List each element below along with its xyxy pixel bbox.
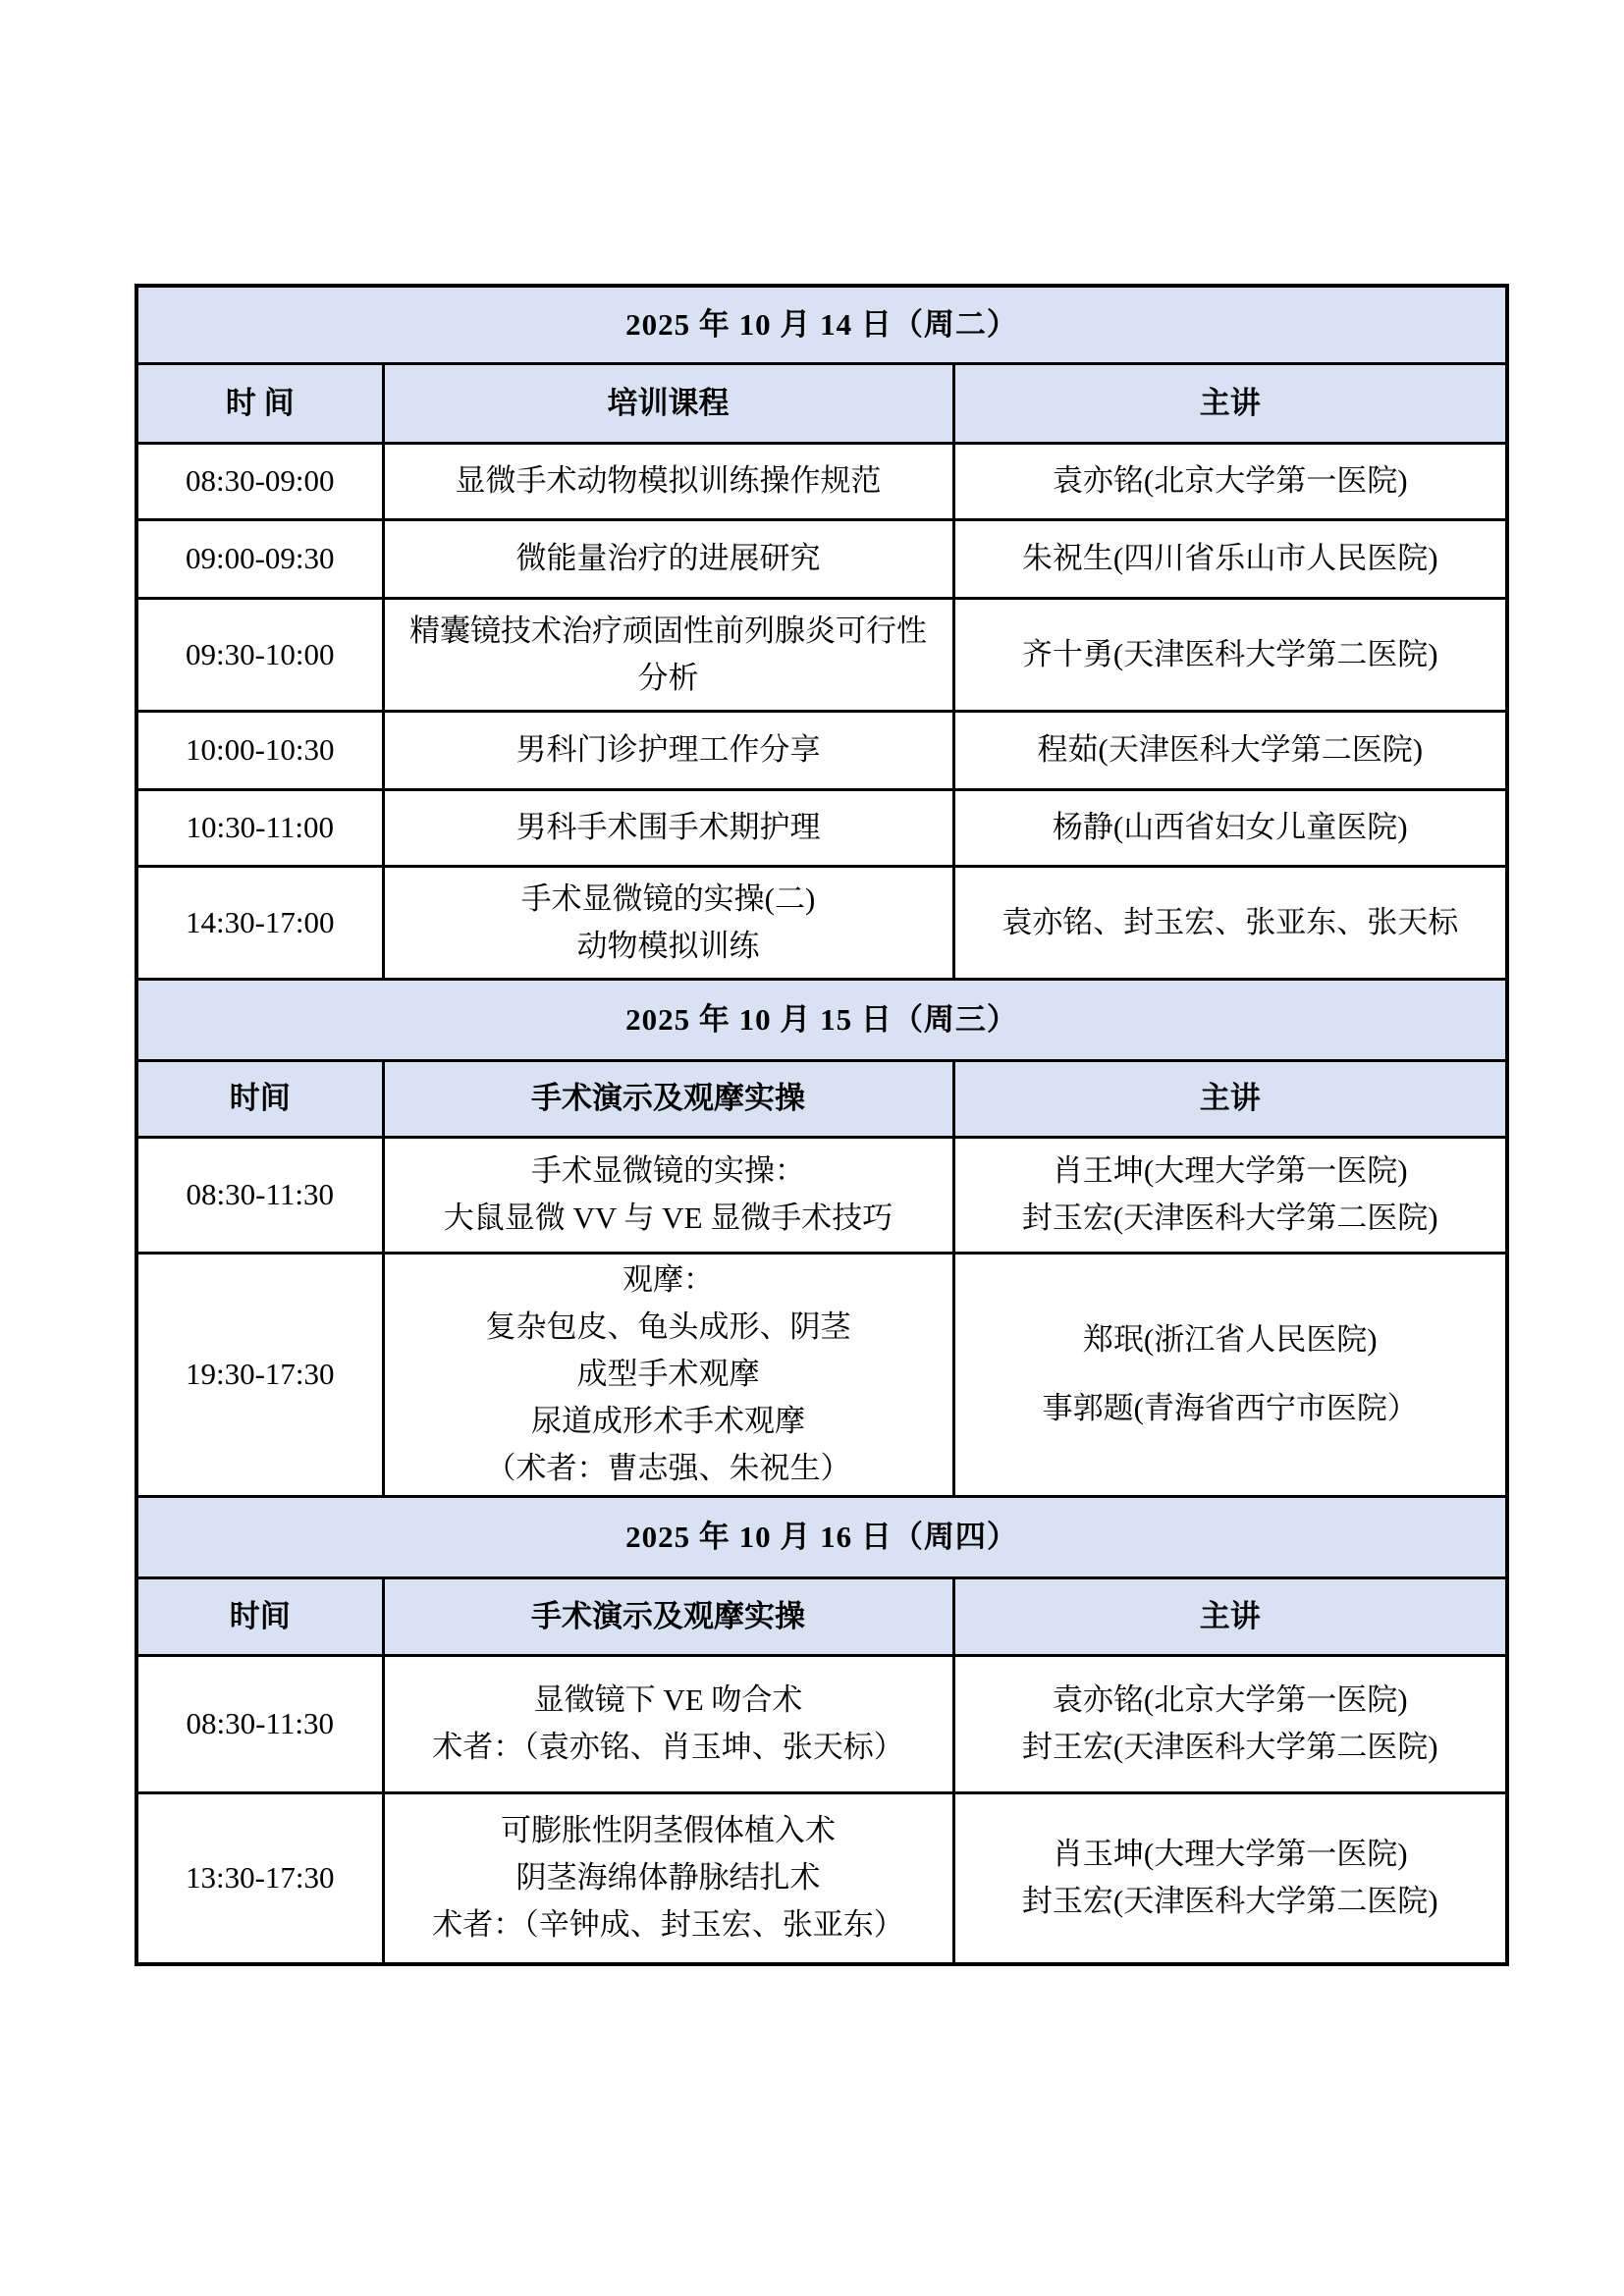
speaker-cell: 肖王坤(大理大学第一医院) 封玉宏(天津医科大学第二医院) [953, 1137, 1507, 1253]
speaker-cell: 朱祝生(四川省乐山市人民医院) [953, 519, 1507, 598]
speaker-line: 杨静(山西省妇女儿童医院) [961, 804, 1500, 851]
time-cell: 13:30-17:30 [136, 1792, 383, 1964]
course-line: 分析 [391, 655, 947, 702]
course-cell: 精囊镜技术治疗顽固性前列腺炎可行性 分析 [383, 598, 953, 711]
schedule-table: 2025 年 10 月 14 日（周二） 时 间 培训课程 主讲 08:30-0… [135, 284, 1509, 1966]
speaker-line: 袁亦铭(北京大学第一医院) [961, 457, 1500, 505]
course-line: 手术显微镜的实操(二) [391, 876, 947, 923]
speaker-line: 朱祝生(四川省乐山市人民医院) [961, 535, 1500, 582]
column-header-time: 时间 [136, 1060, 383, 1137]
table-row: 13:30-17:30 可膨胀性阴茎假体植入术 阴茎海绵体静脉结扎术 术者：（辛… [136, 1792, 1507, 1964]
course-cell: 手术显微镜的实操： 大鼠显微 VV 与 VE 显微手术技巧 [383, 1137, 953, 1253]
date-header-day1: 2025 年 10 月 14 日（周二） [136, 286, 1507, 363]
speaker-line: 肖王坤(大理大学第一医院) [961, 1148, 1500, 1195]
time-cell: 14:30-17:00 [136, 866, 383, 979]
course-line: 术者：（辛钟成、封玉宏、张亚东） [391, 1901, 947, 1949]
speaker-cell: 袁亦铭、封玉宏、张亚东、张天标 [953, 866, 1507, 979]
course-line: 观摩： [391, 1256, 947, 1304]
time-cell: 10:30-11:00 [136, 789, 383, 866]
table-row: 10:00-10:30 男科门诊护理工作分享 程茹(天津医科大学第二医院) [136, 711, 1507, 789]
course-cell: 手术显微镜的实操(二) 动物模拟训练 [383, 866, 953, 979]
course-line: 大鼠显微 VV 与 VE 显微手术技巧 [391, 1195, 947, 1242]
course-line: 男科手术围手术期护理 [391, 804, 947, 851]
table-row: 14:30-17:00 手术显微镜的实操(二) 动物模拟训练 袁亦铭、封玉宏、张… [136, 866, 1507, 979]
course-line: 微能量治疗的进展研究 [391, 535, 947, 582]
course-line: 成型手术观摩 [391, 1351, 947, 1398]
speaker-cell: 袁亦铭(北京大学第一医院) 封王宏(天津医科大学第二医院) [953, 1655, 1507, 1792]
column-header-time: 时间 [136, 1577, 383, 1655]
course-cell: 观摩： 复杂包皮、龟头成形、阴茎 成型手术观摩 尿道成形术手术观摩 （术者：曹志… [383, 1253, 953, 1496]
column-header-course: 培训课程 [383, 363, 953, 443]
course-cell: 男科手术围手术期护理 [383, 789, 953, 866]
course-cell: 显徵镜下 VE 吻合术 术者：（袁亦铭、肖玉坤、张天标） [383, 1655, 953, 1792]
speaker-cell: 齐十勇(天津医科大学第二医院) [953, 598, 1507, 711]
column-header-time: 时 间 [136, 363, 383, 443]
time-cell: 19:30-17:30 [136, 1253, 383, 1496]
speaker-line: 程茹(天津医科大学第二医院) [961, 726, 1500, 774]
time-cell: 09:30-10:00 [136, 598, 383, 711]
date-header-day3: 2025 年 10 月 16 日（周四） [136, 1496, 1507, 1577]
course-line: 男科门诊护理工作分享 [391, 726, 947, 774]
speaker-line: 郑珉(浙江省人民医院) [961, 1316, 1500, 1363]
course-line: 术者：（袁亦铭、肖玉坤、张天标） [391, 1724, 947, 1771]
course-cell: 微能量治疗的进展研究 [383, 519, 953, 598]
course-line: 尿道成形术手术观摩 [391, 1398, 947, 1445]
time-cell: 08:30-11:30 [136, 1655, 383, 1792]
speaker-line: 袁亦铭、封玉宏、张亚东、张天标 [961, 899, 1500, 946]
speaker-cell: 肖玉坤(大理大学第一医院) 封玉宏(天津医科大学第二医院) [953, 1792, 1507, 1964]
course-line: 复杂包皮、龟头成形、阴茎 [391, 1304, 947, 1351]
table-row: 10:30-11:00 男科手术围手术期护理 杨静(山西省妇女儿童医院) [136, 789, 1507, 866]
time-cell: 10:00-10:30 [136, 711, 383, 789]
course-cell: 显微手术动物模拟训练操作规范 [383, 443, 953, 519]
speaker-line: 封玉宏(天津医科大学第二医院) [961, 1878, 1500, 1925]
course-line: 精囊镜技术治疗顽固性前列腺炎可行性 [391, 608, 947, 655]
course-line: 手术显微镜的实操： [391, 1148, 947, 1195]
table-row: 19:30-17:30 观摩： 复杂包皮、龟头成形、阴茎 成型手术观摩 尿道成形… [136, 1253, 1507, 1496]
speaker-line: 肖玉坤(大理大学第一医院) [961, 1831, 1500, 1878]
speaker-cell: 袁亦铭(北京大学第一医院) [953, 443, 1507, 519]
course-line: 显微手术动物模拟训练操作规范 [391, 457, 947, 505]
column-header-course: 手术演示及观摩实操 [383, 1577, 953, 1655]
time-cell: 08:30-09:00 [136, 443, 383, 519]
speaker-cell: 郑珉(浙江省人民医院) 事郭题(青海省西宁市医院） [953, 1253, 1507, 1496]
course-line: 阴茎海绵体静脉结扎术 [391, 1854, 947, 1901]
speaker-line: 袁亦铭(北京大学第一医院) [961, 1677, 1500, 1724]
table-row: 09:00-09:30 微能量治疗的进展研究 朱祝生(四川省乐山市人民医院) [136, 519, 1507, 598]
table-row: 09:30-10:00 精囊镜技术治疗顽固性前列腺炎可行性 分析 齐十勇(天津医… [136, 598, 1507, 711]
speaker-cell: 程茹(天津医科大学第二医院) [953, 711, 1507, 789]
date-header-day2: 2025 年 10 月 15 日（周三） [136, 979, 1507, 1060]
column-header-speaker: 主讲 [953, 1577, 1507, 1655]
course-cell: 男科门诊护理工作分享 [383, 711, 953, 789]
speaker-line: 齐十勇(天津医科大学第二医院) [961, 631, 1500, 678]
course-line: 动物模拟训练 [391, 923, 947, 970]
course-line: 可膨胀性阴茎假体植入术 [391, 1807, 947, 1854]
speaker-line: 封玉宏(天津医科大学第二医院) [961, 1195, 1500, 1242]
table-row: 08:30-11:30 显徵镜下 VE 吻合术 术者：（袁亦铭、肖玉坤、张天标）… [136, 1655, 1507, 1792]
column-header-course: 手术演示及观摩实操 [383, 1060, 953, 1137]
column-header-speaker: 主讲 [953, 363, 1507, 443]
speaker-cell: 杨静(山西省妇女儿童医院) [953, 789, 1507, 866]
speaker-line: 事郭题(青海省西宁市医院） [961, 1385, 1500, 1432]
table-row: 08:30-09:00 显微手术动物模拟训练操作规范 袁亦铭(北京大学第一医院) [136, 443, 1507, 519]
course-cell: 可膨胀性阴茎假体植入术 阴茎海绵体静脉结扎术 术者：（辛钟成、封玉宏、张亚东） [383, 1792, 953, 1964]
speaker-line: 封王宏(天津医科大学第二医院) [961, 1724, 1500, 1771]
column-header-speaker: 主讲 [953, 1060, 1507, 1137]
document-page: 2025 年 10 月 14 日（周二） 时 间 培训课程 主讲 08:30-0… [0, 0, 1624, 2296]
course-line: 显徵镜下 VE 吻合术 [391, 1677, 947, 1724]
time-cell: 08:30-11:30 [136, 1137, 383, 1253]
time-cell: 09:00-09:30 [136, 519, 383, 598]
course-line: （术者：曹志强、朱祝生） [391, 1445, 947, 1492]
table-row: 08:30-11:30 手术显微镜的实操： 大鼠显微 VV 与 VE 显微手术技… [136, 1137, 1507, 1253]
